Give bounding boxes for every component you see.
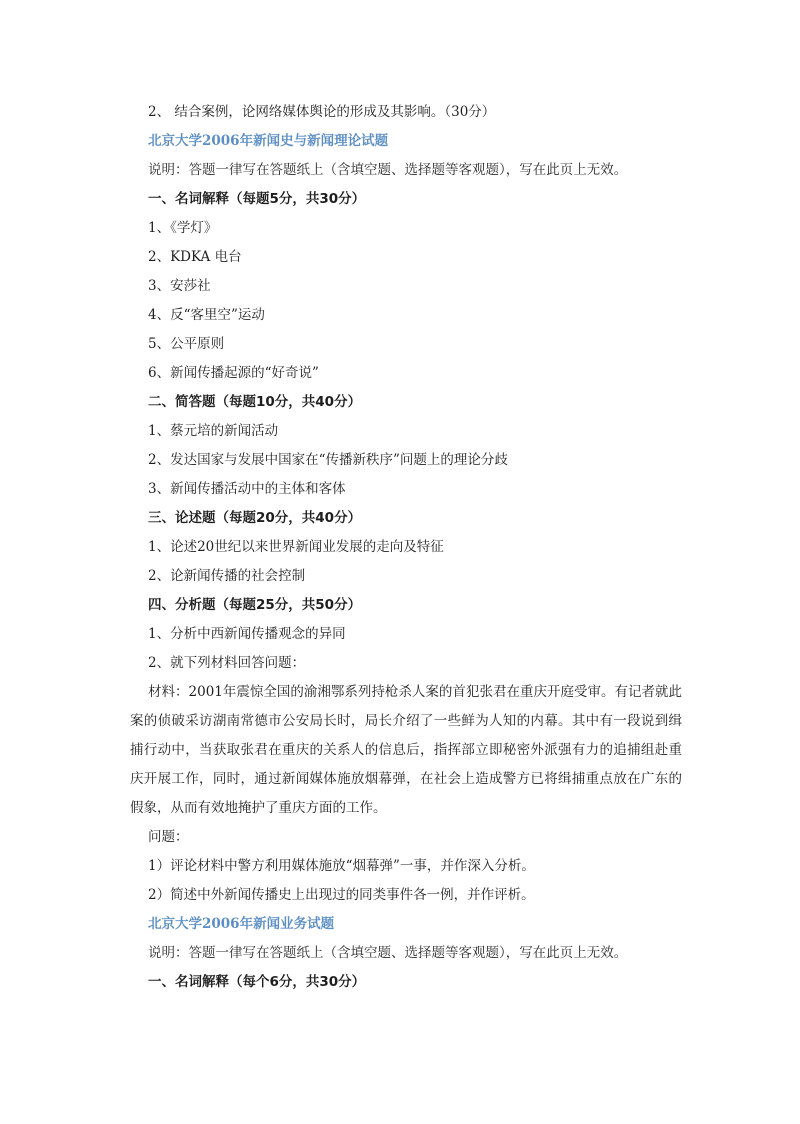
exam-title-journalism-practice: 北京大学2006年新闻业务试题	[130, 910, 680, 939]
list-item: 4、反“客里空”运动	[130, 301, 680, 330]
question-label: 问题：	[130, 823, 680, 852]
exam-instruction: 说明：答题一律写在答题纸上（含填空题、选择题等客观题），写在此页上无效。	[130, 939, 680, 968]
list-item: 2、论新闻传播的社会控制	[130, 562, 680, 591]
list-item: 5、公平原则	[130, 330, 680, 359]
question-item: 2）简述中外新闻传播史上出现过的同类事件各一例，并作评析。	[130, 881, 680, 910]
material-paragraph: 材料：2001年震惊全国的渝湘鄂系列持枪杀人案的首犯张君在重庆开庭受审。有记者就…	[130, 678, 682, 823]
document-page: 2、 结合案例，论网络媒体舆论的形成及其影响。（30分） 北京大学2006年新闻…	[0, 0, 800, 1124]
section-heading-essay: 三、论述题（每题20分，共40分）	[130, 504, 680, 533]
list-item: 2、就下列材料回答问题：	[130, 649, 680, 678]
list-item: 3、安莎社	[130, 272, 680, 301]
list-item: 1、分析中西新闻传播观念的异同	[130, 620, 680, 649]
list-item: 2、KDKA 电台	[130, 243, 680, 272]
list-item: 1、《学灯》	[130, 214, 680, 243]
list-item: 1、蔡元培的新闻活动	[130, 417, 680, 446]
previous-question: 2、 结合案例，论网络媒体舆论的形成及其影响。（30分）	[130, 98, 680, 127]
exam-title-history-theory: 北京大学2006年新闻史与新闻理论试题	[130, 127, 680, 156]
section-heading-terms: 一、名词解释（每题5分，共30分）	[130, 185, 680, 214]
list-item: 1、论述20世纪以来世界新闻业发展的走向及特征	[130, 533, 680, 562]
section-heading-short-answer: 二、简答题（每题10分，共40分）	[130, 388, 680, 417]
document-content: 2、 结合案例，论网络媒体舆论的形成及其影响。（30分） 北京大学2006年新闻…	[130, 98, 680, 997]
section-heading-analysis: 四、分析题（每题25分，共50分）	[130, 591, 680, 620]
question-item: 1）评论材料中警方利用媒体施放“烟幕弹”一事，并作深入分析。	[130, 852, 680, 881]
section-heading-terms: 一、名词解释（每个6分，共30分）	[130, 968, 680, 997]
exam-instruction: 说明：答题一律写在答题纸上（含填空题、选择题等客观题），写在此页上无效。	[130, 156, 680, 185]
list-item: 3、新闻传播活动中的主体和客体	[130, 475, 680, 504]
list-item: 2、发达国家与发展中国家在“传播新秩序”问题上的理论分歧	[130, 446, 680, 475]
list-item: 6、新闻传播起源的“好奇说”	[130, 359, 680, 388]
